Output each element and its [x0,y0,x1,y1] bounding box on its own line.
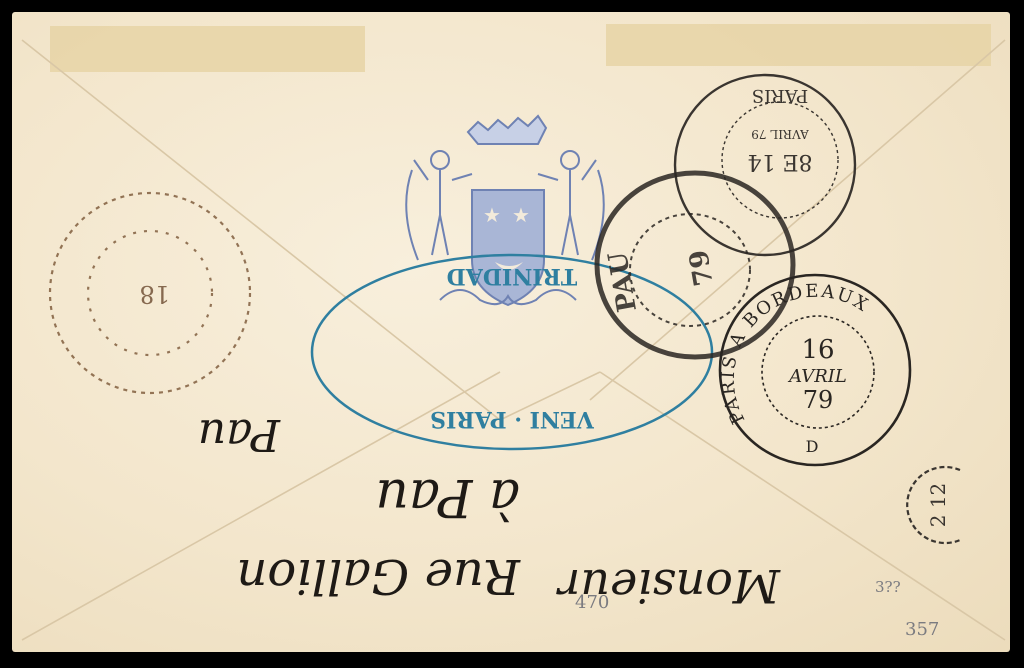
postmark-bordeaux: PARIS A BORDEAUX 16 AVRIL 79 D [718,275,910,465]
star-icon: ★ [512,203,530,227]
svg-text:à Pau: à Pau [375,467,520,527]
oval-cachet: TRINIDAD VENI · PARIS [312,255,712,449]
tape-strip-left [50,26,365,72]
svg-text:D: D [806,437,819,456]
svg-text:TRINIDAD: TRINIDAD [447,263,578,289]
svg-text:79: 79 [684,247,720,288]
handwritten-address: Pau à Pau Rue Gallion Monsieur [198,409,781,613]
svg-text:8E 14: 8E 14 [747,149,812,174]
postmark-small-right: 2 12 [907,467,960,543]
star-icon: ★ [483,203,501,227]
svg-text:2 12: 2 12 [926,483,950,528]
left-supporter-figure [406,151,472,260]
svg-text:PARIS A BORDEAUX: PARIS A BORDEAUX [718,281,873,428]
svg-text:PARIS: PARIS [752,85,808,106]
right-supporter-figure [538,151,604,260]
svg-text:79: 79 [803,386,834,414]
svg-text:16: 16 [801,335,834,365]
svg-text:18: 18 [139,280,170,308]
svg-text:AVRIL: AVRIL [787,366,847,387]
postmark-smudged: PAU 79 [597,173,793,357]
crown-icon [468,116,546,144]
envelope-photo: 18 ★ ★ TRINIDAD [0,0,1024,668]
postmark-left-brown: 18 [50,193,250,393]
postmark-paris-upper: PARIS 8E 14 AVRIL 79 [675,75,855,255]
svg-text:3??: 3?? [875,578,901,596]
svg-text:Rue Gallion: Rue Gallion [236,548,521,604]
tape-strip-right [606,24,991,66]
svg-text:VENI · PARIS: VENI · PARIS [430,406,595,432]
svg-text:Pau: Pau [198,409,281,460]
svg-text:AVRIL 79: AVRIL 79 [751,127,810,141]
svg-text:470: 470 [575,592,609,613]
svg-text:357: 357 [905,619,939,640]
envelope-artwork: 18 ★ ★ TRINIDAD [0,0,1024,668]
